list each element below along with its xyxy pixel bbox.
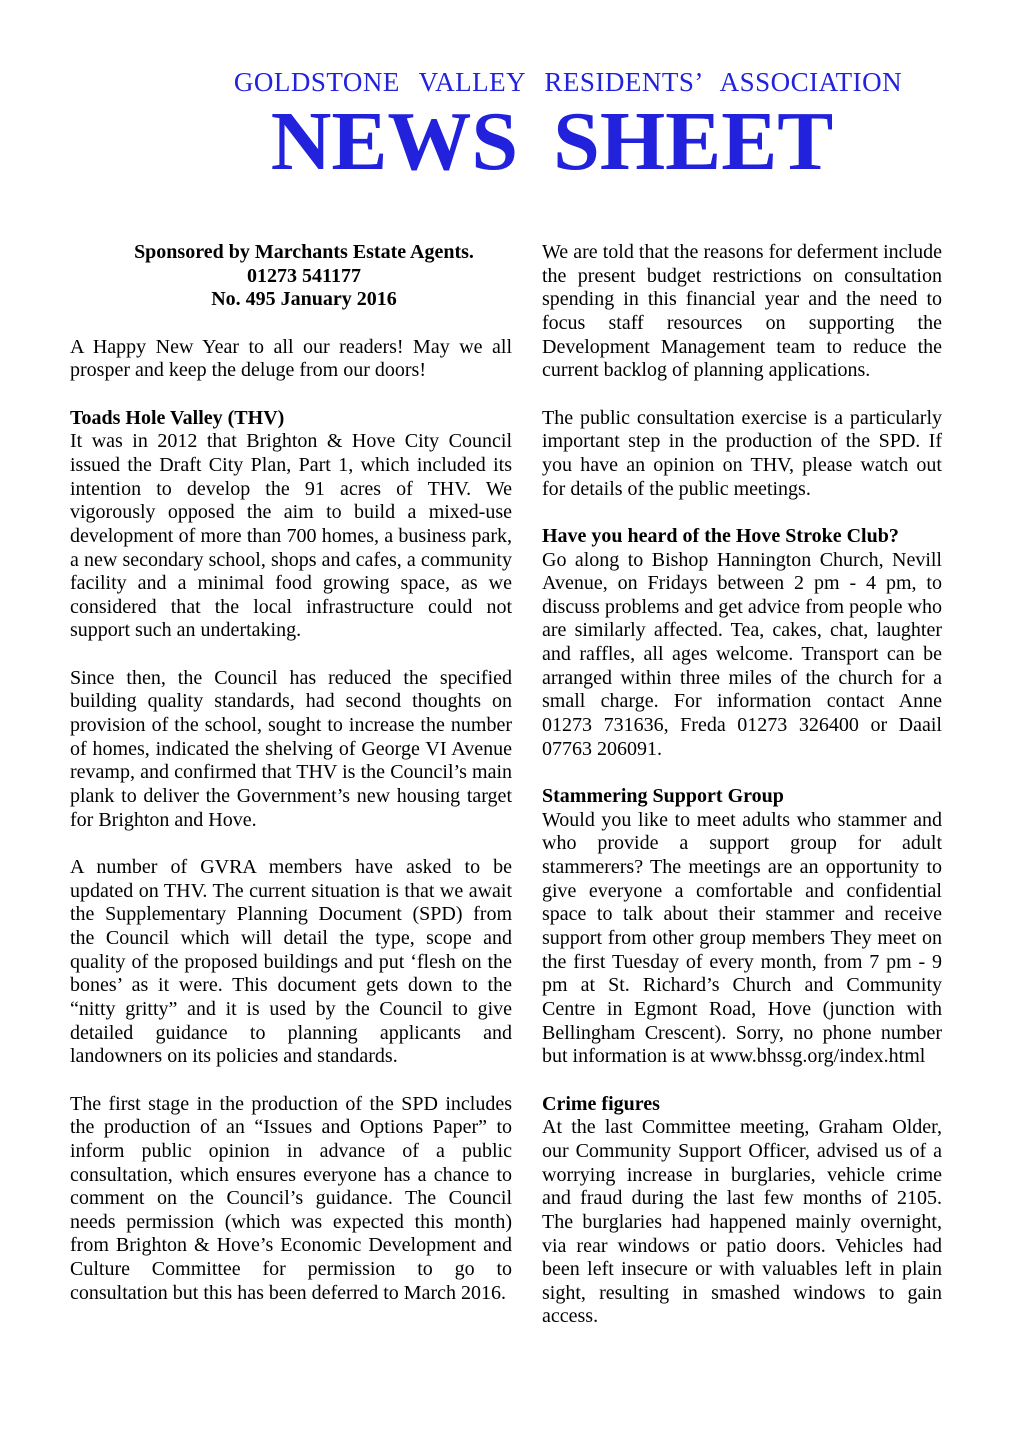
left-column: Sponsored by Marchants Estate Agents. 01… bbox=[70, 241, 512, 1305]
crime-figures-heading: Crime figures bbox=[542, 1093, 942, 1117]
thv-paragraph-1: It was in 2012 that Brighton & Hove City… bbox=[70, 430, 512, 643]
stammering-group-paragraph: Would you like to meet adults who stamme… bbox=[542, 809, 942, 1069]
sponsor-block: Sponsored by Marchants Estate Agents. 01… bbox=[70, 241, 512, 312]
public-consultation-paragraph: The public consultation exercise is a pa… bbox=[542, 407, 942, 502]
stroke-club-paragraph: Go along to Bishop Hannington Church, Ne… bbox=[542, 549, 942, 762]
newsletter-page: GOLDSTONE VALLEY RESIDENTS’ ASSOCIATION … bbox=[0, 0, 1020, 1443]
thv-paragraph-4: The first stage in the production of the… bbox=[70, 1093, 512, 1306]
issue-number-date: No. 495 January 2016 bbox=[96, 288, 512, 312]
thv-section-heading: Toads Hole Valley (THV) bbox=[70, 407, 512, 431]
news-sheet-title: NEWS SHEET bbox=[42, 99, 1020, 185]
thv-paragraph-3: A number of GVRA members have asked to b… bbox=[70, 856, 512, 1069]
right-column: We are told that the reasons for deferme… bbox=[542, 241, 942, 1329]
new-year-greeting-paragraph: A Happy New Year to all our readers! May… bbox=[70, 336, 512, 383]
deferment-paragraph: We are told that the reasons for deferme… bbox=[542, 241, 942, 383]
sponsor-line-1: Sponsored by Marchants Estate Agents. bbox=[96, 241, 512, 265]
thv-paragraph-2: Since then, the Council has reduced the … bbox=[70, 667, 512, 833]
stroke-club-heading: Have you heard of the Hove Stroke Club? bbox=[542, 525, 942, 549]
sponsor-phone: 01273 541177 bbox=[96, 265, 512, 289]
stammering-group-heading: Stammering Support Group bbox=[542, 785, 942, 809]
crime-figures-paragraph: At the last Committee meeting, Graham Ol… bbox=[542, 1116, 942, 1329]
